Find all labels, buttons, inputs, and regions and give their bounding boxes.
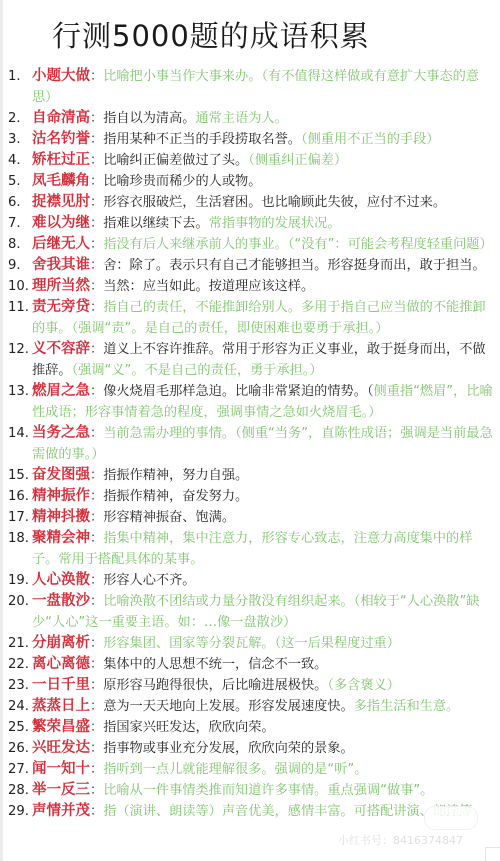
item-body: 奋发图强：指振作精神，努力自强。: [32, 465, 496, 486]
item-number: 7.: [8, 213, 32, 234]
list-item: 2.自命清高：指自以为清高。通常主语为人。: [8, 108, 496, 129]
idiom-definition: 指国家兴旺发达，欣欣向荣。: [103, 720, 274, 735]
idiom-definition: 指振作精神，努力自强。: [103, 468, 248, 483]
colon: ：: [90, 783, 103, 798]
item-number: 19.: [8, 570, 32, 591]
idiom-note: 指听到一点儿就能理解很多。强调的是“听”。: [103, 762, 367, 777]
item-body: 精神抖擞：形容精神振奋、饱满。: [32, 507, 496, 528]
item-body: 燃眉之急：像火烧眉毛那样急迫。比喻非常紧迫的情势。（侧重指“燃眉”，比喻性成语；…: [32, 381, 496, 423]
item-number: 29.: [8, 801, 32, 822]
item-body: 一日千里：原形容马跑得很快，后比喻进展极快。（多含褒义）: [32, 675, 496, 696]
colon: ：: [90, 174, 103, 189]
item-body: 兴旺发达：指事物或事业充分发展，欣欣向荣的景象。: [32, 738, 496, 759]
idiom-definition: 指振作精神，奋发努力。: [103, 489, 248, 504]
colon: ：: [90, 468, 103, 483]
idiom-definition: 指事物或事业充分发展，欣欣向荣的景象。: [103, 741, 354, 756]
list-item: 11.责无旁贷：指自己的责任，不能推卸给别人。多用于指自己应当做的不能推卸的事。…: [8, 297, 496, 339]
list-item: 22.离心离德：集体中的人思想不统一，信念不一致。: [8, 654, 496, 675]
idiom-definition: 形容人心不齐。: [103, 573, 195, 588]
idiom-list: 1.小题大做：比喻把小事当作大事来办。（有不值得这样做或有意扩大事态的意思）2.…: [8, 66, 496, 822]
idiom-term: 捉襟见肘: [32, 194, 90, 210]
idiom-term: 分崩离析: [32, 635, 90, 651]
comment-bubble[interactable]: · · · ·: [424, 806, 478, 830]
item-number: 9.: [8, 255, 32, 276]
item-body: 人心涣散：形容人心不齐。: [32, 570, 496, 591]
item-number: 24.: [8, 696, 32, 717]
list-item: 18.聚精会神：指集中精神，集中注意力，形容专心致志，注意力高度集中的样子。常用…: [8, 528, 496, 570]
idiom-term: 一日千里: [32, 677, 90, 693]
list-item: 23.一日千里：原形容马跑得很快，后比喻进展极快。（多含褒义）: [8, 675, 496, 696]
item-number: 15.: [8, 465, 32, 486]
item-number: 6.: [8, 192, 32, 213]
list-item: 7.难以为继：指难以继续下去。常指事物的发展状况。: [8, 213, 496, 234]
item-body: 当务之急：当前急需办理的事情。（侧重“当务”，直陈性成语；强调是当前最急需做的事…: [32, 423, 496, 465]
idiom-note: 指没有后人来继承前人的事业。（“没有”：可能会考程度轻重问题）: [103, 237, 493, 252]
item-body: 理所当然：当然：应当如此。按道理应该这样。: [32, 276, 496, 297]
idiom-term: 后继无人: [32, 236, 90, 252]
colon: ：: [90, 237, 103, 252]
item-body: 一盘散沙：比喻涣散不团结或力量分散没有组织起来。（相较于“人心涣散”缺少“人心”…: [32, 591, 496, 633]
colon: ：: [90, 195, 103, 210]
idiom-note: 多指生活和生意。: [354, 699, 460, 714]
list-item: 29.声情并茂：指（演讲、朗读等）声音优美，感情丰富。可搭配讲演、朗读等。: [8, 801, 496, 822]
item-number: 27.: [8, 759, 32, 780]
idiom-term: 燃眉之急: [32, 383, 90, 399]
idiom-term: 繁荣昌盛: [32, 719, 90, 735]
idiom-definition: 形容衣服破烂，生活窘困。也比喻顾此失彼，应付不过来。: [103, 195, 446, 210]
item-body: 离心离德：集体中的人思想不统一，信念不一致。: [32, 654, 496, 675]
idiom-term: 精神抖擞: [32, 509, 90, 525]
item-body: 小题大做：比喻把小事当作大事来办。（有不值得这样做或有意扩大事态的意思）: [32, 66, 496, 108]
colon: ：: [90, 531, 103, 546]
idiom-term: 当务之急: [32, 425, 90, 441]
idiom-definition: 当然：应当如此。按道理应该这样。: [103, 279, 314, 294]
list-item: 9.舍我其谁：舍：除了。表示只有自己才能够担当。形容挺身而出，敢于担当。: [8, 255, 496, 276]
page-title: 行测5000题的成语积累: [52, 14, 370, 55]
idiom-term: 凤毛麟角: [32, 173, 90, 189]
item-body: 捉襟见肘：形容衣服破烂，生活窘困。也比喻顾此失彼，应付不过来。: [32, 192, 496, 213]
list-item: 5.凤毛麟角：比喻珍贵而稀少的人或物。: [8, 171, 496, 192]
list-item: 15.奋发图强：指振作精神，努力自强。: [8, 465, 496, 486]
watermark: 小红书号：8416374847: [338, 832, 463, 848]
colon: ：: [90, 573, 103, 588]
idiom-note: 通常主语为人。: [196, 111, 288, 126]
item-number: 25.: [8, 717, 32, 738]
item-number: 23.: [8, 675, 32, 696]
colon: ：: [90, 594, 103, 609]
item-number: 18.: [8, 528, 32, 570]
item-number: 21.: [8, 633, 32, 654]
colon: ：: [90, 426, 103, 441]
colon: ：: [90, 510, 103, 525]
idiom-term: 离心离德: [32, 656, 90, 672]
idiom-definition: 指用某种不正当的手段捞取名誉。: [103, 132, 301, 147]
colon: ：: [90, 384, 103, 399]
idiom-term: 舍我其谁: [32, 257, 90, 273]
item-body: 责无旁贷：指自己的责任，不能推卸给别人。多用于指自己应当做的不能推卸的事。（强调…: [32, 297, 496, 339]
list-item: 10.理所当然：当然：应当如此。按道理应该这样。: [8, 276, 496, 297]
item-body: 分崩离析：形容集团、国家等分裂瓦解。（这一后果程度过重）: [32, 633, 496, 654]
item-body: 矫枉过正：比喻纠正偏差做过了头。（侧重纠正偏差）: [32, 150, 496, 171]
idiom-term: 理所当然: [32, 278, 90, 294]
item-number: 26.: [8, 738, 32, 759]
idiom-note: （侧重纠正偏差）: [248, 153, 347, 168]
idiom-note: 常指事物的发展状况。: [209, 216, 341, 231]
item-body: 后继无人：指没有后人来继承前人的事业。（“没有”：可能会考程度轻重问题）: [32, 234, 496, 255]
list-item: 6.捉襟见肘：形容衣服破烂，生活窘困。也比喻顾此失彼，应付不过来。: [8, 192, 496, 213]
item-body: 举一反三：比喻从一件事情类推而知道许多事情。重点强调“做事”。: [32, 780, 496, 801]
idiom-term: 自命清高: [32, 110, 90, 126]
list-item: 25.繁荣昌盛：指国家兴旺发达，欣欣向荣。: [8, 717, 496, 738]
colon: ：: [90, 111, 103, 126]
list-item: 17.精神抖擞：形容精神振奋、饱满。: [8, 507, 496, 528]
item-body: 舍我其谁：舍：除了。表示只有自己才能够担当。形容挺身而出，敢于担当。: [32, 255, 496, 276]
idiom-note: （多含褒义）: [327, 678, 400, 693]
list-item: 21.分崩离析：形容集团、国家等分裂瓦解。（这一后果程度过重）: [8, 633, 496, 654]
colon: ：: [90, 636, 103, 651]
colon: ：: [90, 762, 103, 777]
colon: ：: [90, 153, 103, 168]
list-item: 1.小题大做：比喻把小事当作大事来办。（有不值得这样做或有意扩大事态的意思）: [8, 66, 496, 108]
list-item: 16.精神振作：指振作精神，奋发努力。: [8, 486, 496, 507]
item-number: 5.: [8, 171, 32, 192]
colon: ：: [90, 678, 103, 693]
idiom-term: 责无旁贷: [32, 299, 90, 315]
idiom-term: 矫枉过正: [32, 152, 90, 168]
list-item: 12.义不容辞：道义上不容许推辞。常用于形容为正义事业，敢于挺身而出，不做推辞。…: [8, 339, 496, 381]
colon: ：: [90, 216, 103, 231]
idiom-term: 人心涣散: [32, 572, 90, 588]
item-number: 4.: [8, 150, 32, 171]
idiom-definition: 比喻珍贵而稀少的人或物。: [103, 174, 261, 189]
item-body: 义不容辞：道义上不容许推辞。常用于形容为正义事业，敢于挺身而出，不做推辞。（强调…: [32, 339, 496, 381]
colon: ：: [90, 69, 103, 84]
item-number: 8.: [8, 234, 32, 255]
idiom-term: 奋发图强: [32, 467, 90, 483]
list-item: 27.闻一知十：指听到一点儿就能理解很多。强调的是“听”。: [8, 759, 496, 780]
list-item: 19.人心涣散：形容人心不齐。: [8, 570, 496, 591]
colon: ：: [90, 342, 103, 357]
list-item: 13.燃眉之急：像火烧眉毛那样急迫。比喻非常紧迫的情势。（侧重指“燃眉”，比喻性…: [8, 381, 496, 423]
list-item: 28.举一反三：比喻从一件事情类推而知道许多事情。重点强调“做事”。: [8, 780, 496, 801]
item-number: 28.: [8, 780, 32, 801]
item-number: 1.: [8, 66, 32, 108]
item-number: 12.: [8, 339, 32, 381]
item-body: 繁荣昌盛：指国家兴旺发达，欣欣向荣。: [32, 717, 496, 738]
idiom-term: 难以为继: [32, 215, 90, 231]
left-border: [0, 0, 3, 861]
item-number: 2.: [8, 108, 32, 129]
colon: ：: [90, 132, 103, 147]
list-item: 8.后继无人：指没有后人来继承前人的事业。（“没有”：可能会考程度轻重问题）: [8, 234, 496, 255]
idiom-term: 聚精会神: [32, 530, 90, 546]
item-number: 11.: [8, 297, 32, 339]
idiom-term: 小题大做: [32, 68, 90, 84]
item-body: 精神振作：指振作精神，奋发努力。: [32, 486, 496, 507]
item-body: 沽名钓誉：指用某种不正当的手段捞取名誉。（侧重用不正当的手段）: [32, 129, 496, 150]
corner-frame: [485, 847, 500, 861]
colon: ：: [90, 741, 103, 756]
idiom-term: 一盘散沙: [32, 593, 90, 609]
idiom-definition: 形容精神振奋、饱满。: [103, 510, 235, 525]
list-item: 26.兴旺发达：指事物或事业充分发展，欣欣向荣的景象。: [8, 738, 496, 759]
idiom-note: （侧重用不正当的手段）: [301, 132, 439, 147]
list-item: 4.矫枉过正：比喻纠正偏差做过了头。（侧重纠正偏差）: [8, 150, 496, 171]
idiom-definition: 舍：除了。表示只有自己才能够担当。形容挺身而出，敢于担当。: [103, 258, 485, 273]
item-body: 自命清高：指自以为清高。通常主语为人。: [32, 108, 496, 129]
colon: ：: [90, 279, 103, 294]
item-body: 凤毛麟角：比喻珍贵而稀少的人或物。: [32, 171, 496, 192]
item-number: 22.: [8, 654, 32, 675]
item-body: 聚精会神：指集中精神，集中注意力，形容专心致志，注意力高度集中的样子。常用于搭配…: [32, 528, 496, 570]
colon: ：: [90, 699, 103, 714]
item-number: 3.: [8, 129, 32, 150]
list-item: 14.当务之急：当前急需办理的事情。（侧重“当务”，直陈性成语；强调是当前最急需…: [8, 423, 496, 465]
item-body: 闻一知十：指听到一点儿就能理解很多。强调的是“听”。: [32, 759, 496, 780]
list-item: 20.一盘散沙：比喻涣散不团结或力量分散没有组织起来。（相较于“人心涣散”缺少“…: [8, 591, 496, 633]
idiom-definition: 指难以继续下去。: [103, 216, 209, 231]
colon: ：: [90, 657, 103, 672]
colon: ：: [90, 489, 103, 504]
idiom-definition: 意为一天天地向上发展。形容发展速度快。: [103, 699, 354, 714]
list-item: 3.沽名钓誉：指用某种不正当的手段捞取名誉。（侧重用不正当的手段）: [8, 129, 496, 150]
item-body: 难以为继：指难以继续下去。常指事物的发展状况。: [32, 213, 496, 234]
idiom-term: 声情并茂: [32, 803, 90, 819]
idiom-term: 蒸蒸日上: [32, 698, 90, 714]
colon: ：: [90, 258, 103, 273]
item-number: 17.: [8, 507, 32, 528]
idiom-definition: 比喻纠正偏差做过了头。: [103, 153, 248, 168]
idiom-term: 沽名钓誉: [32, 131, 90, 147]
colon: ：: [90, 720, 103, 735]
item-number: 10.: [8, 276, 32, 297]
idiom-definition: 指自以为清高。: [103, 111, 195, 126]
idiom-term: 兴旺发达: [32, 740, 90, 756]
idiom-note: 形容集团、国家等分裂瓦解。（这一后果程度过重）: [103, 636, 400, 651]
idiom-term: 精神振作: [32, 488, 90, 504]
idiom-term: 闻一知十: [32, 761, 90, 777]
item-body: 蒸蒸日上：意为一天天地向上发展。形容发展速度快。多指生活和生意。: [32, 696, 496, 717]
item-number: 14.: [8, 423, 32, 465]
idiom-definition: 原形容马跑得很快，后比喻进展极快。: [103, 678, 327, 693]
list-item: 24.蒸蒸日上：意为一天天地向上发展。形容发展速度快。多指生活和生意。: [8, 696, 496, 717]
item-number: 16.: [8, 486, 32, 507]
colon: ：: [90, 804, 103, 819]
idiom-term: 举一反三: [32, 782, 90, 798]
idiom-definition: 集体中的人思想不统一，信念不一致。: [103, 657, 327, 672]
item-number: 20.: [8, 591, 32, 633]
colon: ：: [90, 300, 103, 315]
idiom-definition: 像火烧眉毛那样急迫。比喻非常紧迫的情势。（: [103, 384, 373, 399]
idiom-term: 义不容辞: [32, 341, 90, 357]
idiom-note: （强调“义”。不是自己的责任，勇于承担。）: [72, 363, 323, 378]
idiom-note: 比喻从一件事情类推而知道许多事情。重点强调“做事”。: [103, 783, 433, 798]
item-number: 13.: [8, 381, 32, 423]
